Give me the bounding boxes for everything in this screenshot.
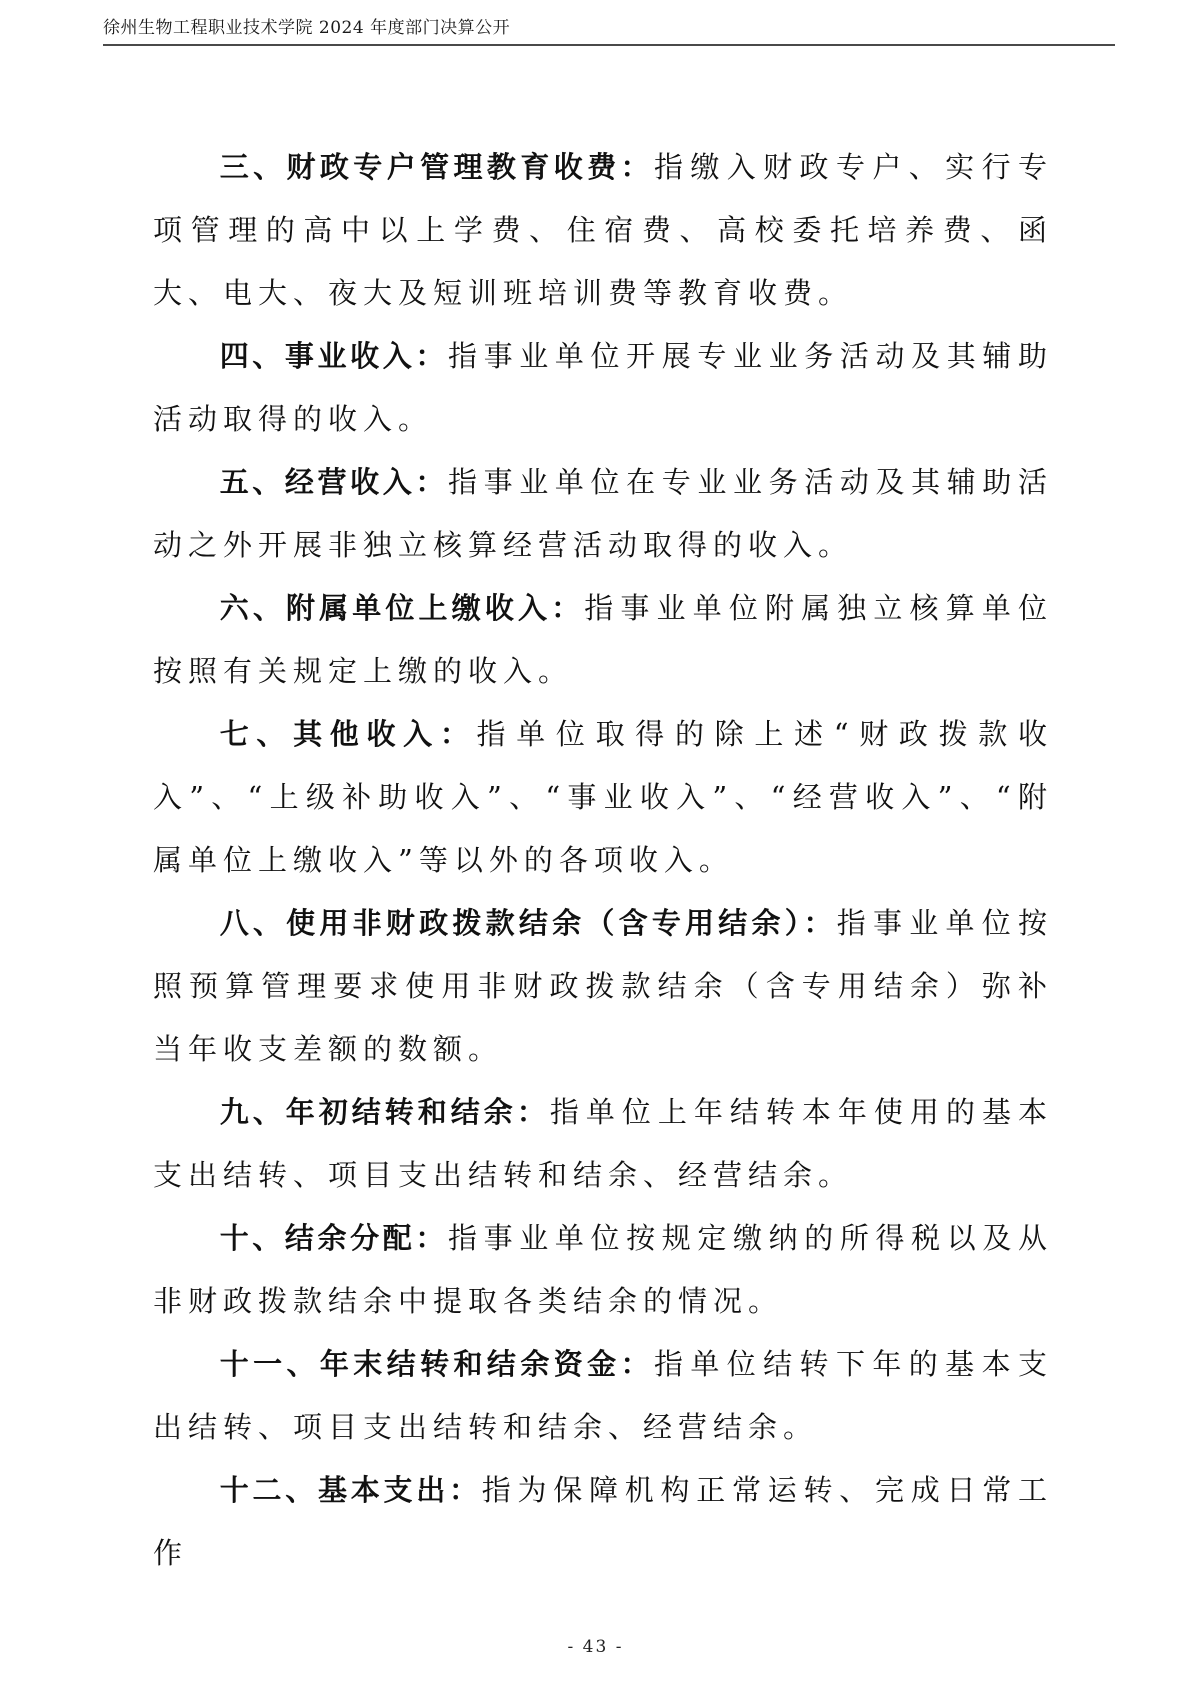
definition-term: 七、其他收入： bbox=[220, 717, 477, 751]
definition-paragraph-10: 十、结余分配：指事业单位按规定缴纳的所得税以及从非财政拨款结余中提取各类结余的情… bbox=[153, 1207, 1053, 1333]
definition-paragraph-4: 四、事业收入：指事业单位开展专业业务活动及其辅助活动取得的收入。 bbox=[153, 325, 1053, 451]
definition-term: 五、经营收入： bbox=[220, 465, 448, 499]
definition-paragraph-9: 九、年初结转和结余：指单位上年结转本年使用的基本支出结转、项目支出结转和结余、经… bbox=[153, 1081, 1053, 1207]
definition-term: 十、结余分配： bbox=[220, 1221, 448, 1255]
page-header: 徐州生物工程职业技术学院 2024 年度部门决算公开 bbox=[103, 14, 1115, 46]
definition-term: 六、附属单位上缴收入： bbox=[220, 591, 585, 625]
definition-paragraph-12: 十二、基本支出：指为保障机构正常运转、完成日常工作 bbox=[153, 1459, 1053, 1585]
definition-paragraph-3: 三、财政专户管理教育收费：指缴入财政专户、实行专项管理的高中以上学费、住宿费、高… bbox=[153, 136, 1053, 325]
definition-term: 十一、年末结转和结余资金： bbox=[220, 1347, 654, 1381]
definition-term: 八、使用非财政拨款结余（含专用结余）： bbox=[220, 906, 837, 940]
definition-paragraph-8: 八、使用非财政拨款结余（含专用结余）：指事业单位按照预算管理要求使用非财政拨款结… bbox=[153, 892, 1053, 1081]
page-number: - 43 - bbox=[0, 1637, 1191, 1657]
definition-paragraph-5: 五、经营收入：指事业单位在专业业务活动及其辅助活动之外开展非独立核算经营活动取得… bbox=[153, 451, 1053, 577]
document-body: 三、财政专户管理教育收费：指缴入财政专户、实行专项管理的高中以上学费、住宿费、高… bbox=[153, 136, 1053, 1585]
document-title: 徐州生物工程职业技术学院 2024 年度部门决算公开 bbox=[103, 18, 510, 38]
definition-paragraph-11: 十一、年末结转和结余资金：指单位结转下年的基本支出结转、项目支出结转和结余、经营… bbox=[153, 1333, 1053, 1459]
definition-term: 九、年初结转和结余： bbox=[220, 1095, 550, 1129]
definition-term: 四、事业收入： bbox=[220, 339, 448, 373]
definition-term: 三、财政专户管理教育收费： bbox=[220, 150, 654, 184]
definition-paragraph-7: 七、其他收入：指单位取得的除上述“财政拨款收入”、“上级补助收入”、“事业收入”… bbox=[153, 703, 1053, 892]
definition-paragraph-6: 六、附属单位上缴收入：指事业单位附属独立核算单位按照有关规定上缴的收入。 bbox=[153, 577, 1053, 703]
definition-term: 十二、基本支出： bbox=[220, 1473, 482, 1507]
